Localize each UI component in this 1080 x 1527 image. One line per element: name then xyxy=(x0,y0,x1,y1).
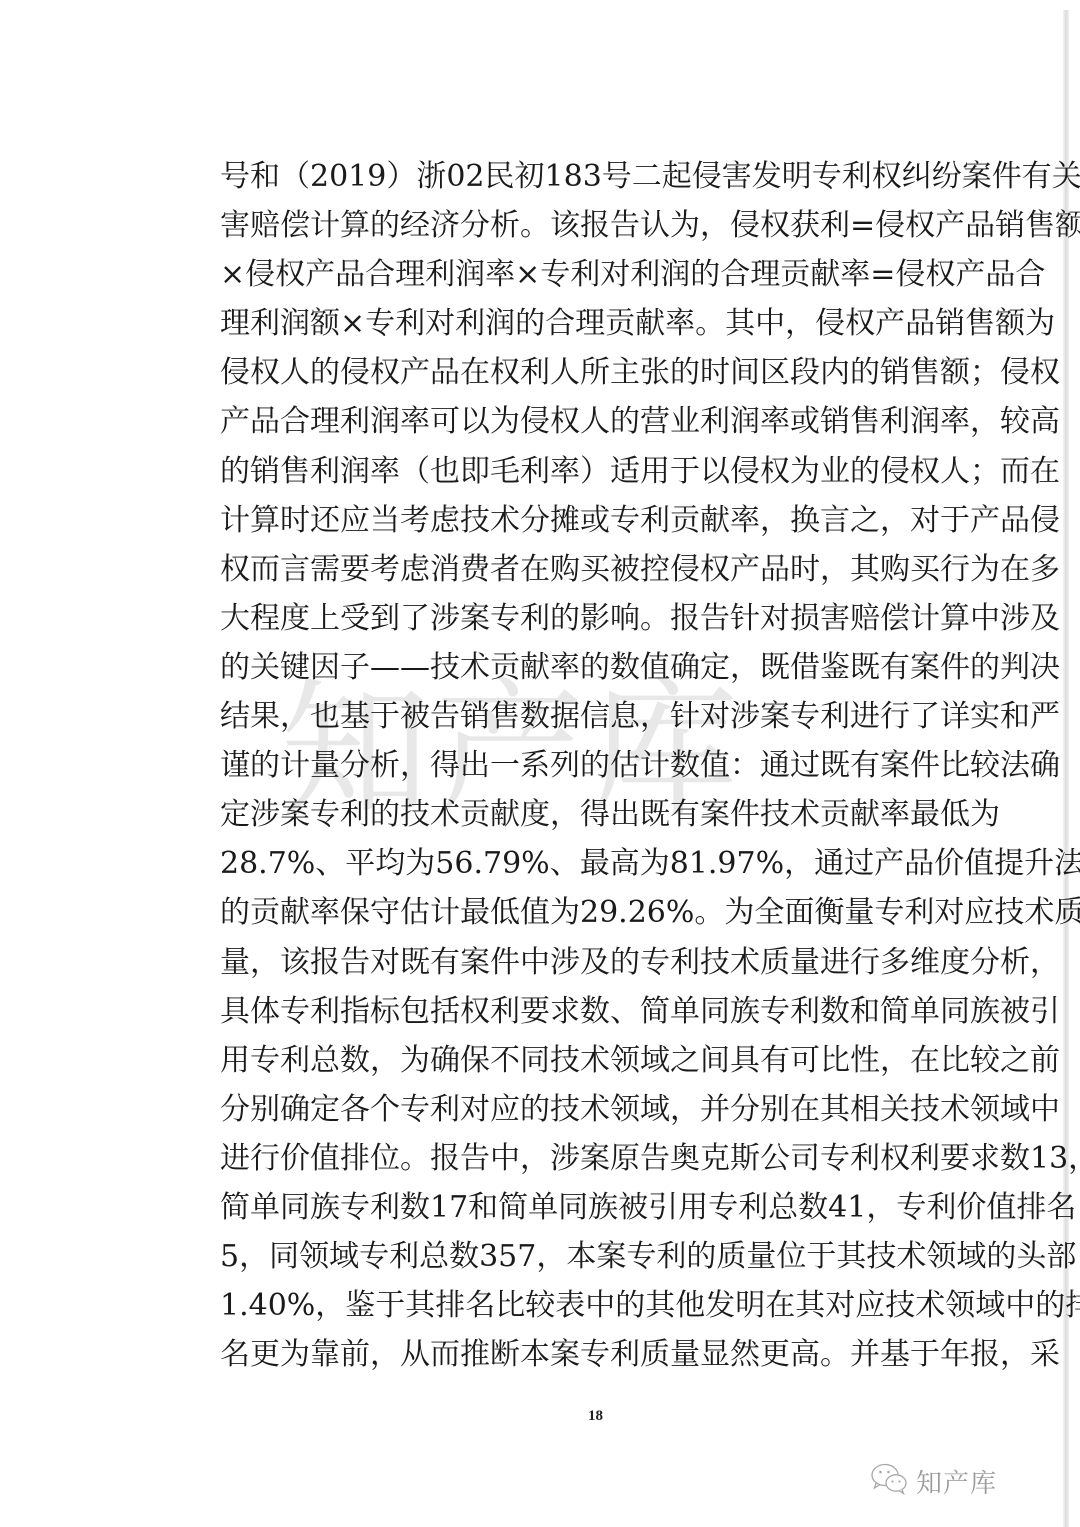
text-line: 谨的计量分析，得出一系列的估计数值：通过既有案件比较法确 xyxy=(220,741,980,790)
text-line: 号和（2019）浙02民初183号二起侵害发明专利权纠纷案件有关损 xyxy=(220,152,980,201)
text-line: 理利润额×专利对利润的合理贡献率。其中，侵权产品销售额为 xyxy=(220,299,980,348)
text-line: 进行价值排位。报告中，涉案原告奥克斯公司专利权利要求数13， xyxy=(220,1134,980,1183)
text-line: 名更为靠前，从而推断本案专利质量显然更高。并基于年报，采 xyxy=(220,1330,980,1379)
text-line: 的销售利润率（也即毛利率）适用于以侵权为业的侵权人；而在 xyxy=(220,447,980,496)
text-line: 产品合理利润率可以为侵权人的营业利润率或销售利润率，较高 xyxy=(220,397,980,446)
footer-brand: 知产库 xyxy=(870,1462,997,1500)
brand-name: 知产库 xyxy=(916,1463,997,1500)
text-line: 1.40%，鉴于其排名比较表中的其他发明在其对应技术领域中的排 xyxy=(220,1281,980,1330)
text-line: 用专利总数，为确保不同技术领域之间具有可比性，在比较之前 xyxy=(220,1036,980,1085)
text-line: 28.7%、平均为56.79%、最高为81.97%，通过产品价值提升法确定 xyxy=(220,839,980,888)
text-line: 权而言需要考虑消费者在购买被控侵权产品时，其购买行为在多 xyxy=(220,545,980,594)
text-line: ×侵权产品合理利润率×专利对利润的合理贡献率=侵权产品合 xyxy=(220,250,980,299)
wechat-icon xyxy=(870,1462,910,1500)
text-line: 定涉案专利的技术贡献度，得出既有案件技术贡献率最低为 xyxy=(220,790,980,839)
page-number: 18 xyxy=(588,1408,603,1425)
text-line: 简单同族专利数17和简单同族被引用专利总数41，专利价值排名 xyxy=(220,1183,980,1232)
text-line: 计算时还应当考虑技术分摊或专利贡献率，换言之，对于产品侵 xyxy=(220,496,980,545)
text-line: 量，该报告对既有案件中涉及的专利技术质量进行多维度分析， xyxy=(220,938,980,987)
text-line: 的关键因子——技术贡献率的数值确定，既借鉴既有案件的判决 xyxy=(220,643,980,692)
document-body: 号和（2019）浙02民初183号二起侵害发明专利权纠纷案件有关损 害赔偿计算的… xyxy=(220,152,980,1379)
text-line: 大程度上受到了涉案专利的影响。报告针对损害赔偿计算中涉及 xyxy=(220,594,980,643)
text-line: 具体专利指标包括权利要求数、简单同族专利数和简单同族被引 xyxy=(220,987,980,1036)
text-line: 分别确定各个专利对应的技术领域，并分别在其相关技术领域中 xyxy=(220,1085,980,1134)
text-line: 5，同领域专利总数357，本案专利的质量位于其技术领域的头部 xyxy=(220,1232,980,1281)
text-line: 结果，也基于被告销售数据信息，针对涉案专利进行了详实和严 xyxy=(220,692,980,741)
text-line: 侵权人的侵权产品在权利人所主张的时间区段内的销售额；侵权 xyxy=(220,348,980,397)
text-line: 的贡献率保守估计最低值为29.26%。为全面衡量专利对应技术质 xyxy=(220,888,980,937)
text-line: 害赔偿计算的经济分析。该报告认为，侵权获利=侵权产品销售额 xyxy=(220,201,980,250)
